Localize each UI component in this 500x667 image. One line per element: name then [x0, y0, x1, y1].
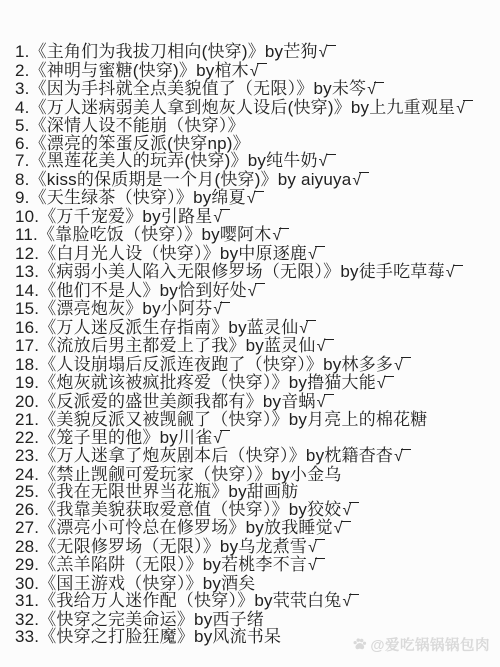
item-text: 《病弱小美人陷入无限修罗场（无限）》by徒手吃草莓: [39, 262, 444, 281]
item-number: 32.: [15, 610, 39, 629]
check-mark: √: [247, 190, 264, 208]
list-item: 15.《漂亮炮灰》by小阿芬√: [15, 300, 496, 319]
item-number: 3.: [15, 79, 30, 98]
item-number: 33.: [15, 627, 39, 646]
item-text: 《深情人设不能崩（快穿）》: [30, 116, 245, 135]
item-text: 《国王游戏（快穿）》by酒矣: [39, 574, 255, 593]
item-text: 《美貌反派又被觊觎了（快穿）》by月亮上的棉花糖: [39, 410, 427, 429]
book-list: 1.《主角们为我拔刀相向(快穿)》by芒狗√2.《神明与蜜糖(快穿)》by棺木√…: [0, 0, 500, 646]
item-text: 《靠脸吃饭（快穿）》by嘤阿木: [38, 225, 271, 244]
item-number: 10.: [15, 207, 39, 226]
item-text: 《因为手抖就全点美貌值了（无限）》by未笒: [30, 79, 367, 98]
item-text: 《kiss的保质期是一个月(快穿)》by aiyuya: [30, 170, 352, 189]
list-item: 27.《漂亮小可怜总在修罗场》by放我睡觉√: [15, 519, 496, 538]
list-item: 7.《黑莲花美人的玩弄(快穿)》by纯牛奶√: [15, 152, 496, 171]
check-mark: √: [213, 430, 230, 448]
list-item: 16.《万人迷反派生存指南》by蓝灵仙√: [15, 319, 496, 338]
list-item: 13.《病弱小美人陷入无限修罗场（无限）》by徒手吃草莓√: [15, 263, 496, 282]
list-item: 20.《反派爱的盛世美颜我都有》by音蜗√: [15, 393, 496, 412]
item-number: 31.: [15, 591, 39, 610]
item-number: 23.: [15, 446, 39, 465]
list-item: 9.《天生绿茶（快穿）》by绵夏√: [15, 189, 496, 208]
item-number: 5.: [15, 116, 30, 135]
list-item: 18.《人设崩塌后反派连夜跑了（快穿）》by林多多√: [15, 356, 496, 375]
item-number: 6.: [15, 134, 30, 153]
check-mark: √: [343, 593, 360, 611]
check-mark: √: [213, 301, 230, 319]
item-number: 13.: [15, 262, 39, 281]
item-text: 《无限修罗场（无限）》by乌龙煮雪: [39, 537, 307, 556]
item-text: 《快穿之完美命运》by西子绪: [39, 610, 264, 629]
check-mark: √: [317, 394, 334, 412]
item-number: 28.: [15, 537, 39, 556]
check-mark: √: [299, 320, 316, 338]
check-mark: √: [272, 227, 289, 245]
list-item: 22.《笼子里的他》by川雀√: [15, 429, 496, 448]
page: 1.《主角们为我拔刀相向(快穿)》by芒狗√2.《神明与蜜糖(快穿)》by棺木√…: [0, 0, 500, 667]
item-number: 21.: [15, 410, 39, 429]
list-item: 32.《快穿之完美命运》by西子绪: [15, 611, 496, 629]
item-text: 《万人迷病弱美人拿到炮灰人设后(快穿)》by上九重观星: [30, 98, 456, 117]
item-text: 《炮灰就该被疯批疼爱（快穿）》by撸猫大能: [39, 373, 376, 392]
list-item: 28.《无限修罗场（无限）》by乌龙煮雪√: [15, 538, 496, 557]
watermark: @爱吃锅锅锅包肉: [352, 634, 490, 655]
check-mark: √: [446, 264, 463, 282]
check-mark: √: [317, 338, 334, 356]
list-item: 25.《我在无限世界当花瓶》by甜画舫: [15, 483, 496, 501]
list-item: 29.《羔羊陷阱（无限）》by若桃李不言√: [15, 556, 496, 575]
check-mark: √: [250, 63, 267, 81]
item-text: 《漂亮的笨蛋反派(快穿np)》: [30, 134, 250, 153]
list-item: 30.《国王游戏（快穿）》by酒矣: [15, 575, 496, 593]
item-text: 《快穿之打脸狂魔》by风流书呆: [39, 627, 281, 646]
list-item: 5.《深情人设不能崩（快穿）》: [15, 117, 496, 135]
item-number: 15.: [15, 299, 39, 318]
item-number: 20.: [15, 392, 39, 411]
item-text: 《人设崩塌后反派连夜跑了（快穿）》by林多多: [39, 355, 393, 374]
item-text: 《我在无限世界当花瓶》by甜画舫: [39, 482, 298, 501]
item-number: 1.: [15, 42, 30, 61]
list-item: 10.《万千宠爱》by引路星√: [15, 208, 496, 227]
check-mark: √: [343, 502, 360, 520]
check-mark: √: [367, 81, 384, 99]
list-item: 31.《我给万人迷作配（快穿）》by茕茕白兔√: [15, 592, 496, 611]
item-number: 30.: [15, 574, 39, 593]
list-item: 1.《主角们为我拔刀相向(快穿)》by芒狗√: [15, 43, 496, 62]
item-text: 《天生绿茶（快穿）》by绵夏: [30, 188, 246, 207]
item-text: 《神明与蜜糖(快穿)》by棺木: [30, 61, 249, 80]
watermark-text: @爱吃锅锅锅包肉: [370, 634, 490, 655]
check-mark: √: [319, 44, 336, 62]
check-mark: √: [394, 357, 411, 375]
item-text: 《黑莲花美人的玩弄(快穿)》by纯牛奶: [30, 151, 318, 170]
list-item: 19.《炮灰就该被疯批疼爱（快穿）》by撸猫大能√: [15, 374, 496, 393]
item-number: 26.: [15, 500, 39, 519]
list-item: 6.《漂亮的笨蛋反派(快穿np)》: [15, 135, 496, 153]
item-number: 18.: [15, 355, 39, 374]
item-number: 16.: [15, 318, 39, 337]
item-text: 《漂亮小可怜总在修罗场》by放我睡觉: [39, 518, 333, 537]
item-number: 7.: [15, 151, 30, 170]
list-item: 24.《禁止觊觎可爱玩家（快穿）》by小金乌: [15, 466, 496, 484]
list-item: 21.《美貌反派又被觊觎了（快穿）》by月亮上的棉花糖: [15, 411, 496, 429]
item-text: 《万千宠爱》by引路星: [39, 207, 212, 226]
item-number: 27.: [15, 518, 39, 537]
list-item: 8.《kiss的保质期是一个月(快穿)》by aiyuya√: [15, 171, 496, 190]
check-mark: √: [308, 557, 325, 575]
item-text: 《主角们为我拔刀相向(快穿)》by芒狗: [30, 42, 318, 61]
list-item: 4.《万人迷病弱美人拿到炮灰人设后(快穿)》by上九重观星√: [15, 99, 496, 118]
check-mark: √: [352, 172, 369, 190]
list-item: 26.《我靠美貌获取爱意值（快穿）》by狡姣√: [15, 501, 496, 520]
item-text: 《流放后男主都爱上了我》by蓝灵仙: [39, 336, 315, 355]
list-item: 23.《万人迷拿了炮灰剧本后（快穿）》by枕籍杳杳√: [15, 447, 496, 466]
item-number: 25.: [15, 482, 39, 501]
item-number: 19.: [15, 373, 39, 392]
item-number: 4.: [15, 98, 30, 117]
list-item: 12.《白月光人设（快穿）》by中原逐鹿√: [15, 245, 496, 264]
item-text: 《漂亮炮灰》by小阿芬: [39, 299, 212, 318]
check-mark: √: [213, 209, 230, 227]
check-mark: √: [308, 246, 325, 264]
check-mark: √: [334, 520, 351, 538]
item-text: 《万人迷反派生存指南》by蓝灵仙: [39, 318, 298, 337]
item-text: 《禁止觊觎可爱玩家（快穿）》by小金乌: [39, 465, 341, 484]
item-text: 《我靠美貌获取爱意值（快穿）》by狡姣: [39, 500, 341, 519]
list-item: 17.《流放后男主都爱上了我》by蓝灵仙√: [15, 337, 496, 356]
item-number: 22.: [15, 428, 39, 447]
item-number: 14.: [15, 281, 39, 300]
item-text: 《反派爱的盛世美颜我都有》by音蜗: [39, 392, 315, 411]
check-mark: √: [248, 283, 265, 301]
item-text: 《羔羊陷阱（无限）》by若桃李不言: [39, 555, 307, 574]
item-number: 9.: [15, 188, 30, 207]
check-mark: √: [456, 100, 473, 118]
paw-icon: [352, 637, 367, 652]
item-number: 12.: [15, 244, 39, 263]
item-number: 2.: [15, 61, 30, 80]
check-mark: √: [394, 448, 411, 466]
item-text: 《万人迷拿了炮灰剧本后（快穿）》by枕籍杳杳: [39, 446, 393, 465]
item-text: 《他们不是人》by恰到好处: [39, 281, 247, 300]
item-number: 8.: [15, 170, 30, 189]
check-mark: √: [319, 153, 336, 171]
item-number: 29.: [15, 555, 39, 574]
item-number: 11.: [15, 225, 38, 244]
item-number: 17.: [15, 336, 39, 355]
list-item: 2.《神明与蜜糖(快穿)》by棺木√: [15, 62, 496, 81]
item-number: 24.: [15, 465, 39, 484]
item-text: 《笼子里的他》by川雀: [39, 428, 212, 447]
list-item: 14.《他们不是人》by恰到好处√: [15, 282, 496, 301]
item-text: 《白月光人设（快穿）》by中原逐鹿: [39, 244, 307, 263]
list-item: 3.《因为手抖就全点美貌值了（无限）》by未笒√: [15, 80, 496, 99]
list-item: 11.《靠脸吃饭（快穿）》by嘤阿木√: [15, 226, 496, 245]
check-mark: √: [308, 539, 325, 557]
check-mark: √: [377, 375, 394, 393]
item-text: 《我给万人迷作配（快穿）》by茕茕白兔: [39, 591, 341, 610]
